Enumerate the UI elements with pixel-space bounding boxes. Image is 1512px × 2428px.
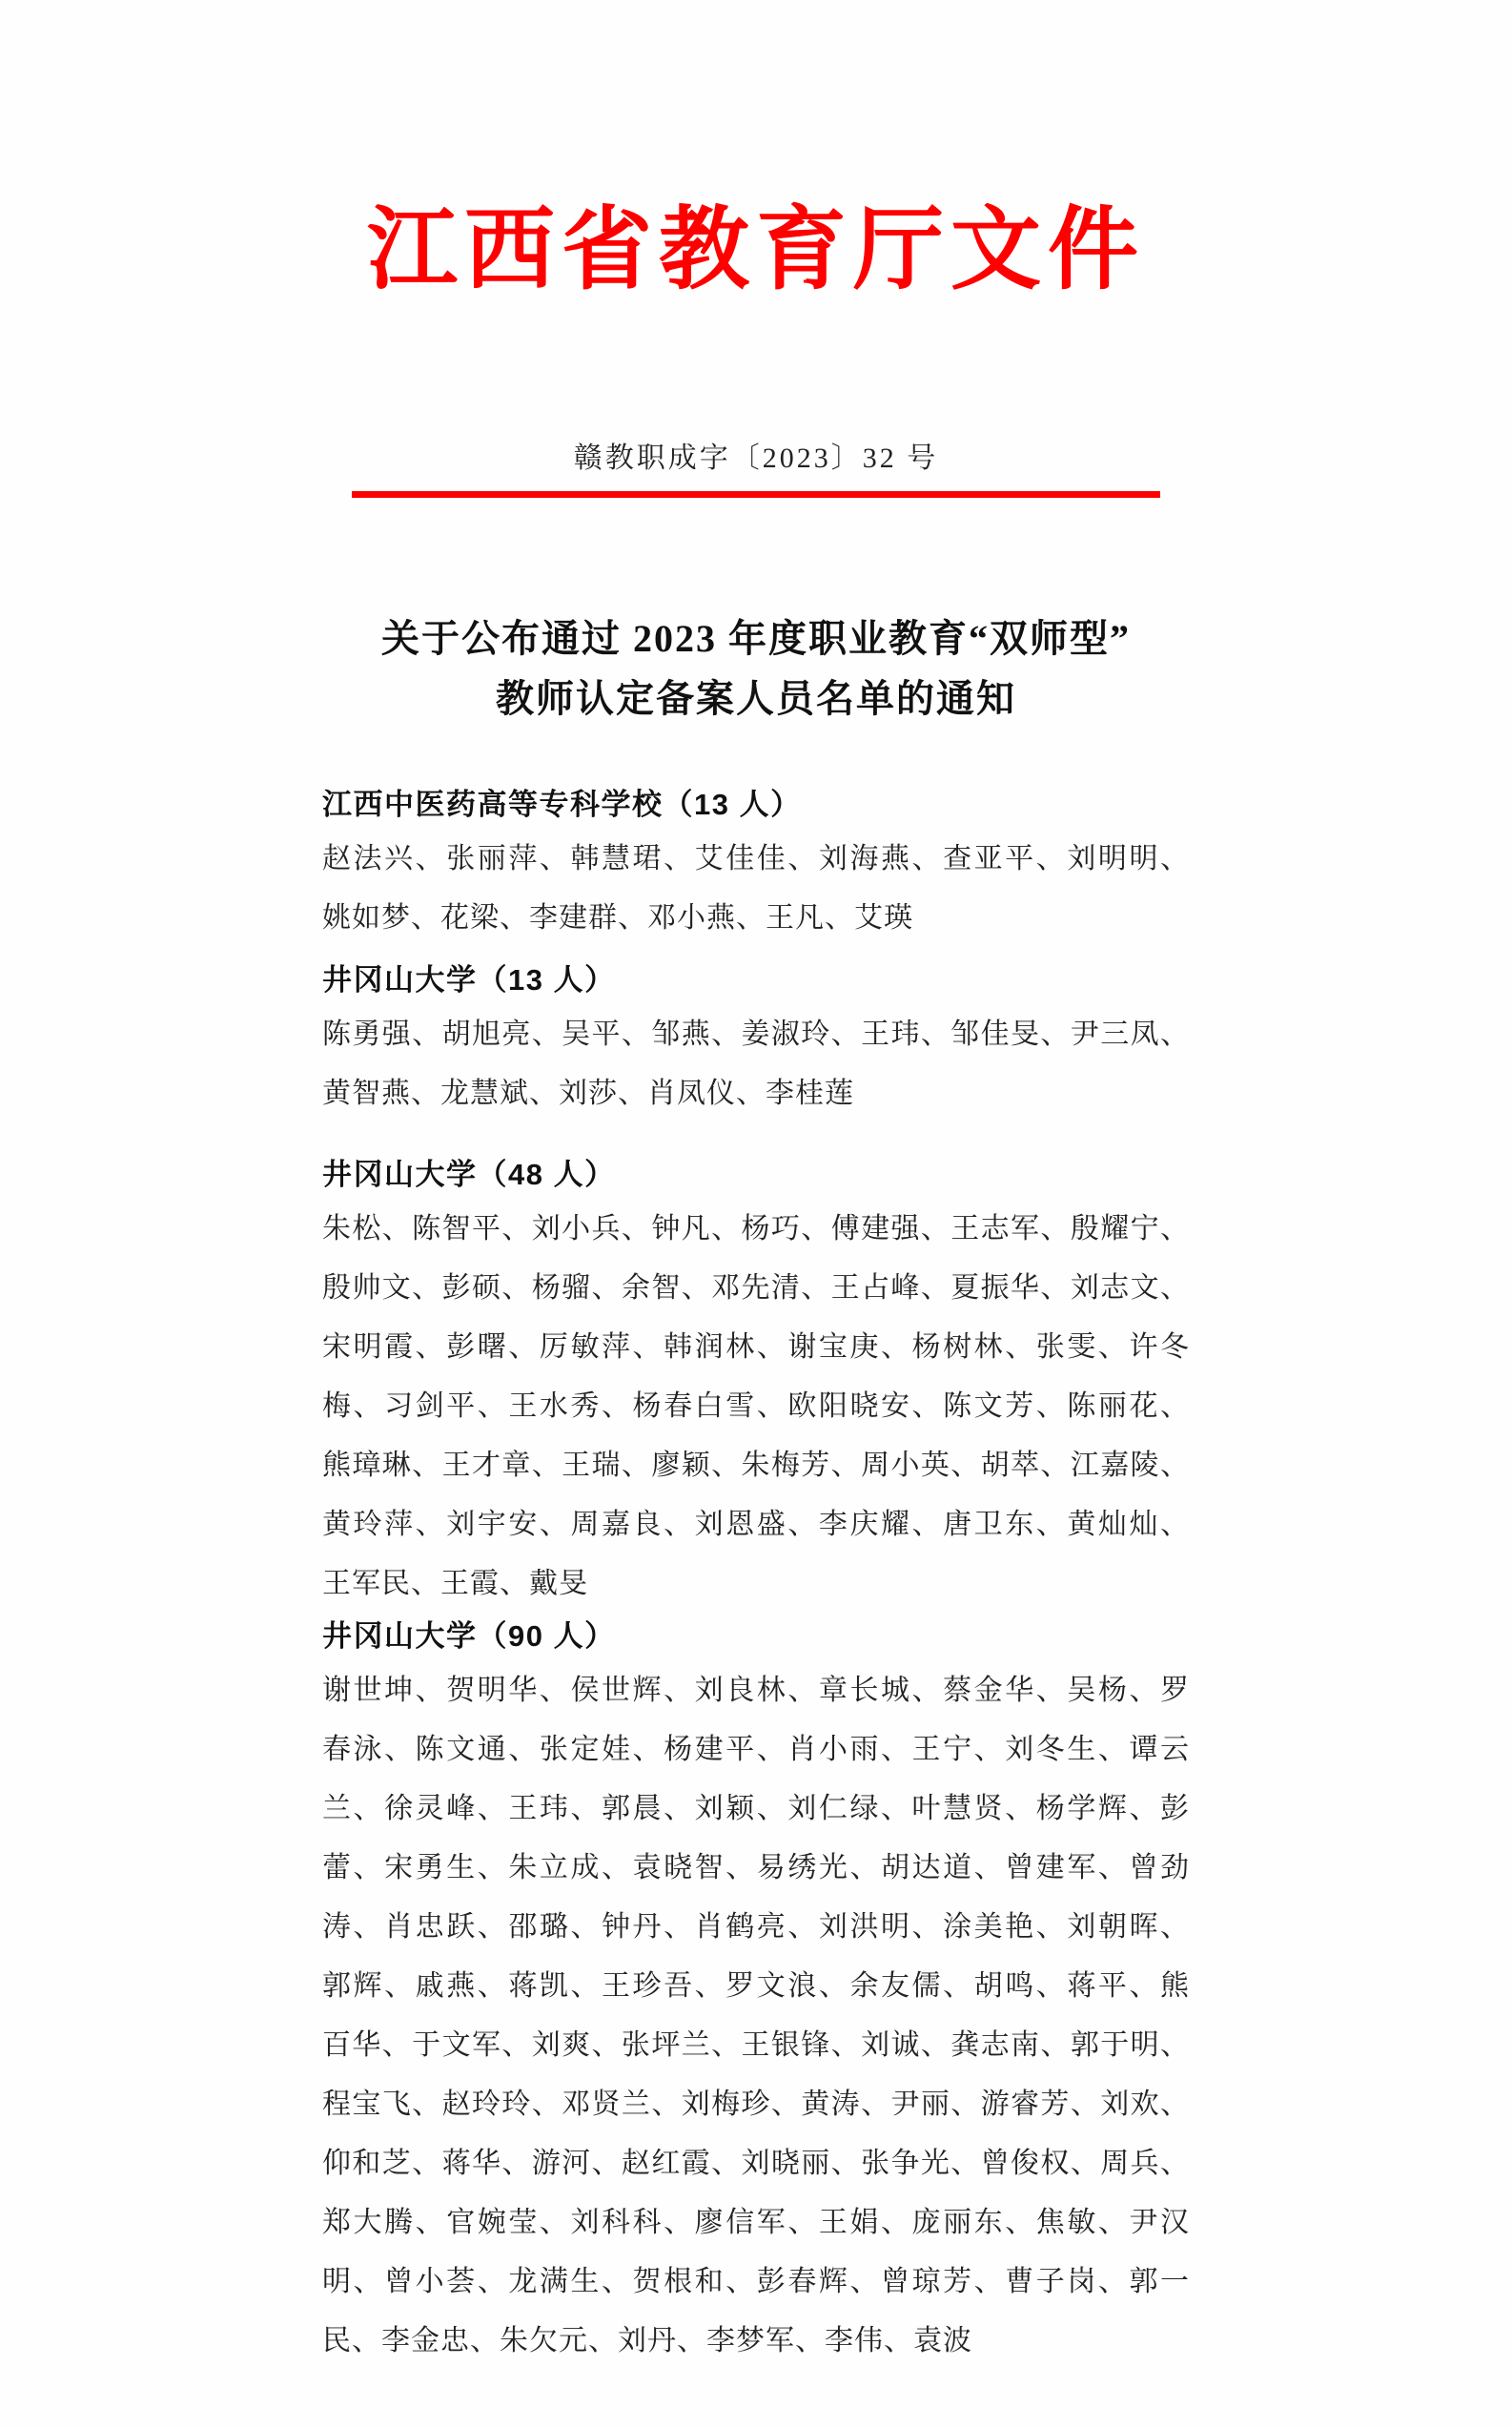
names-paragraph: 朱松、陈智平、刘小兵、钟凡、杨巧、傅建强、王志军、殷耀宁、 殷帅文、彭硕、杨骝、…: [322, 1200, 1190, 1614]
name-line: 姚如梦、花梁、李建群、邓小燕、王凡、艾瑛: [322, 889, 1190, 948]
name-line: 程宝飞、赵玲玲、邓贤兰、刘梅珍、黄涛、尹丽、游睿芳、刘欢、: [322, 2075, 1190, 2134]
school-heading: 井冈山大学（48 人）: [322, 1154, 1190, 1196]
name-line: 黄玲萍、刘宇安、周嘉良、刘恩盛、李庆耀、唐卫东、黄灿灿、: [322, 1495, 1190, 1554]
school-section-jgsu-13: 井冈山大学（13 人） 陈勇强、胡旭亮、吴平、邹燕、姜淑玲、王玮、邹佳旻、尹三凤…: [322, 959, 1190, 1123]
document-title-line1: 关于公布通过 2023 年度职业教育“双师型”: [322, 608, 1190, 669]
school-section-jgsu-90: 井冈山大学（90 人） 谢世坤、贺明华、侯世辉、刘良林、章长城、蔡金华、吴杨、罗…: [322, 1615, 1190, 2371]
school-section-jxzyy: 江西中医药高等专科学校（13 人） 赵法兴、张丽萍、韩慧珺、艾佳佳、刘海燕、查亚…: [322, 784, 1190, 948]
name-line: 赵法兴、张丽萍、韩慧珺、艾佳佳、刘海燕、查亚平、刘明明、: [322, 830, 1190, 889]
name-line: 宋明霞、彭曙、厉敏萍、韩润林、谢宝庚、杨树林、张雯、许冬: [322, 1318, 1190, 1377]
name-line: 王军民、王霞、戴旻: [322, 1554, 1190, 1614]
name-line: 殷帅文、彭硕、杨骝、余智、邓先清、王占峰、夏振华、刘志文、: [322, 1259, 1190, 1318]
name-line: 明、曾小荟、龙满生、贺根和、彭春辉、曾琼芳、曹子岗、郭一: [322, 2253, 1190, 2312]
red-divider-rule: [352, 491, 1160, 498]
school-heading: 江西中医药高等专科学校（13 人）: [322, 784, 1190, 826]
document-title-line2: 教师认定备案人员名单的通知: [322, 669, 1190, 729]
name-line: 黄智燕、龙慧斌、刘莎、肖凤仪、李桂莲: [322, 1064, 1190, 1123]
school-heading: 井冈山大学（90 人）: [322, 1615, 1190, 1657]
name-line: 梅、习剑平、王水秀、杨春白雪、欧阳晓安、陈文芳、陈丽花、: [322, 1377, 1190, 1436]
document-page: 江西省教育厅文件 赣教职成字〔2023〕32 号 关于公布通过 2023 年度职…: [322, 0, 1190, 2371]
name-line: 民、李金忠、朱欠元、刘丹、李梦军、李伟、袁波: [322, 2312, 1190, 2371]
doc-number: 赣教职成字〔2023〕32 号: [322, 440, 1190, 478]
name-line: 蕾、宋勇生、朱立成、袁晓智、易绣光、胡达道、曾建军、曾劲: [322, 1839, 1190, 1898]
name-line: 仰和芝、蒋华、游河、赵红霞、刘晓丽、张争光、曾俊权、周兵、: [322, 2134, 1190, 2193]
name-line: 春泳、陈文通、张定娃、杨建平、肖小雨、王宁、刘冬生、谭云: [322, 1720, 1190, 1780]
school-sections: 江西中医药高等专科学校（13 人） 赵法兴、张丽萍、韩慧珺、艾佳佳、刘海燕、查亚…: [322, 784, 1190, 2371]
name-line: 百华、于文军、刘爽、张坪兰、王银锋、刘诚、龚志南、郭于明、: [322, 2016, 1190, 2075]
names-paragraph: 陈勇强、胡旭亮、吴平、邹燕、姜淑玲、王玮、邹佳旻、尹三凤、 黄智燕、龙慧斌、刘莎…: [322, 1005, 1190, 1123]
name-line: 涛、肖忠跃、邵璐、钟丹、肖鹤亮、刘洪明、涂美艳、刘朝晖、: [322, 1898, 1190, 1957]
school-heading: 井冈山大学（13 人）: [322, 959, 1190, 1001]
name-line: 谢世坤、贺明华、侯世辉、刘良林、章长城、蔡金华、吴杨、罗: [322, 1661, 1190, 1720]
name-line: 熊璋琳、王才章、王瑞、廖颖、朱梅芳、周小英、胡萃、江嘉陵、: [322, 1436, 1190, 1495]
school-section-jgsu-48: 井冈山大学（48 人） 朱松、陈智平、刘小兵、钟凡、杨巧、傅建强、王志军、殷耀宁…: [322, 1154, 1190, 1614]
agency-title: 江西省教育厅文件: [322, 0, 1190, 298]
name-line: 朱松、陈智平、刘小兵、钟凡、杨巧、傅建强、王志军、殷耀宁、: [322, 1200, 1190, 1259]
name-line: 郭辉、戚燕、蒋凯、王珍吾、罗文浪、余友儒、胡鸣、蒋平、熊: [322, 1957, 1190, 2016]
name-line: 兰、徐灵峰、王玮、郭晨、刘颖、刘仁绿、叶慧贤、杨学辉、彭: [322, 1780, 1190, 1839]
name-line: 陈勇强、胡旭亮、吴平、邹燕、姜淑玲、王玮、邹佳旻、尹三凤、: [322, 1005, 1190, 1064]
name-line: 郑大腾、官婉莹、刘科科、廖信军、王娟、庞丽东、焦敏、尹汉: [322, 2193, 1190, 2253]
names-paragraph: 赵法兴、张丽萍、韩慧珺、艾佳佳、刘海燕、查亚平、刘明明、 姚如梦、花梁、李建群、…: [322, 830, 1190, 948]
names-paragraph: 谢世坤、贺明华、侯世辉、刘良林、章长城、蔡金华、吴杨、罗 春泳、陈文通、张定娃、…: [322, 1661, 1190, 2371]
document-title: 关于公布通过 2023 年度职业教育“双师型” 教师认定备案人员名单的通知: [322, 608, 1190, 729]
